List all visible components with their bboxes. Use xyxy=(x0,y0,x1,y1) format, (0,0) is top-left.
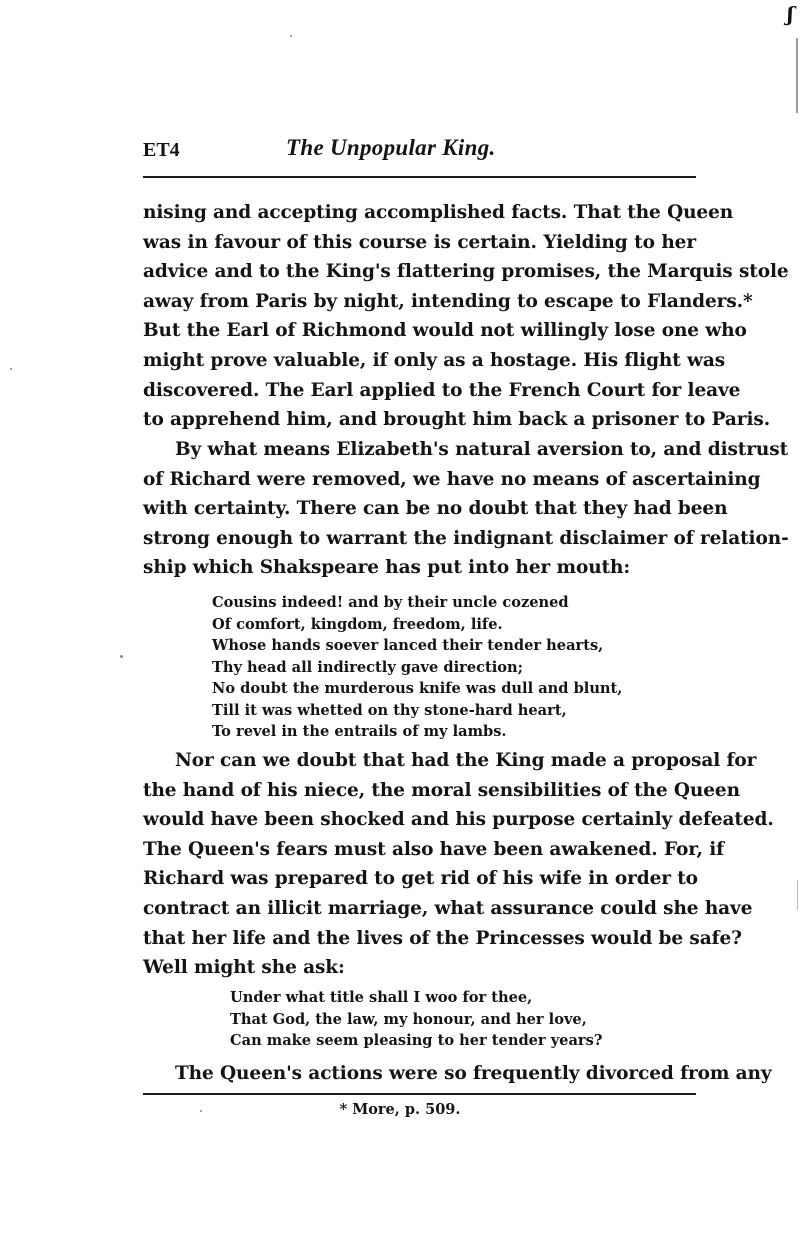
scan-speck xyxy=(120,655,123,658)
text-line: that her life and the lives of the Princ… xyxy=(143,924,696,954)
text-line: Well might she ask: xyxy=(143,953,696,983)
paragraph-2: By what means Elizabeth's natural aversi… xyxy=(143,435,696,583)
footnote: * More, p. 509. xyxy=(0,1101,800,1118)
verse-line: Thy head all indirectly gave direction; xyxy=(212,657,622,679)
text-line: away from Paris by night, intending to e… xyxy=(143,287,696,317)
scan-speck xyxy=(10,368,12,370)
text-line: would have been shocked and his purpose … xyxy=(143,805,696,835)
verse-line: Can make seem pleasing to her tender yea… xyxy=(230,1030,602,1052)
page-edge-mark: ʃ xyxy=(787,2,794,26)
header-rule xyxy=(143,176,696,178)
text-line: of Richard were removed, we have no mean… xyxy=(143,465,696,495)
text-line: contract an illicit marriage, what assur… xyxy=(143,894,696,924)
footnote-rule xyxy=(143,1093,696,1095)
text-line: the hand of his niece, the moral sensibi… xyxy=(143,776,696,806)
text-line: with certainty. There can be no doubt th… xyxy=(143,494,696,524)
text-line: Richard was prepared to get rid of his w… xyxy=(143,864,696,894)
verse-line: Whose hands soever lanced their tender h… xyxy=(212,635,622,657)
book-page: ʃ ET4 The Unpopular King. nising and acc… xyxy=(0,0,800,1236)
page-edge-line xyxy=(796,38,798,113)
text-line: nising and accepting accomplished facts.… xyxy=(143,198,696,228)
running-title: The Unpopular King. xyxy=(286,135,496,161)
text-line: But the Earl of Richmond would not willi… xyxy=(143,316,696,346)
paragraph-3: Nor can we doubt that had the King made … xyxy=(143,746,696,983)
verse-quote-2: Under what title shall I woo for thee, T… xyxy=(230,987,602,1052)
scan-speck xyxy=(290,35,292,37)
page-edge-line xyxy=(797,880,798,910)
text-line: was in favour of this course is certain.… xyxy=(143,228,696,258)
text-line: discovered. The Earl applied to the Fren… xyxy=(143,376,696,406)
paragraph-4: The Queen's actions were so frequently d… xyxy=(143,1059,696,1089)
verse-line: To revel in the entrails of my lambs. xyxy=(212,721,622,743)
running-header: ET4 The Unpopular King. xyxy=(141,135,697,165)
page-number: ET4 xyxy=(143,139,180,162)
text-line: ship which Shakspeare has put into her m… xyxy=(143,553,696,583)
verse-line: That God, the law, my honour, and her lo… xyxy=(230,1009,602,1031)
text-line: strong enough to warrant the indignant d… xyxy=(143,524,696,554)
text-line: The Queen's actions were so frequently d… xyxy=(143,1059,696,1089)
text-line: By what means Elizabeth's natural aversi… xyxy=(143,435,696,465)
paragraph-1: nising and accepting accomplished facts.… xyxy=(143,198,696,435)
verse-line: No doubt the murderous knife was dull an… xyxy=(212,678,622,700)
verse-line: Under what title shall I woo for thee, xyxy=(230,987,602,1009)
text-line: The Queen's fears must also have been aw… xyxy=(143,835,696,865)
text-line: might prove valuable, if only as a hosta… xyxy=(143,346,696,376)
text-line: to apprehend him, and brought him back a… xyxy=(143,405,696,435)
verse-line: Till it was whetted on thy stone-hard he… xyxy=(212,700,622,722)
verse-line: Of comfort, kingdom, freedom, life. xyxy=(212,614,622,636)
verse-quote-1: Cousins indeed! and by their uncle cozen… xyxy=(212,592,622,743)
text-line: advice and to the King's flattering prom… xyxy=(143,257,696,287)
text-line: Nor can we doubt that had the King made … xyxy=(143,746,696,776)
verse-line: Cousins indeed! and by their uncle cozen… xyxy=(212,592,622,614)
